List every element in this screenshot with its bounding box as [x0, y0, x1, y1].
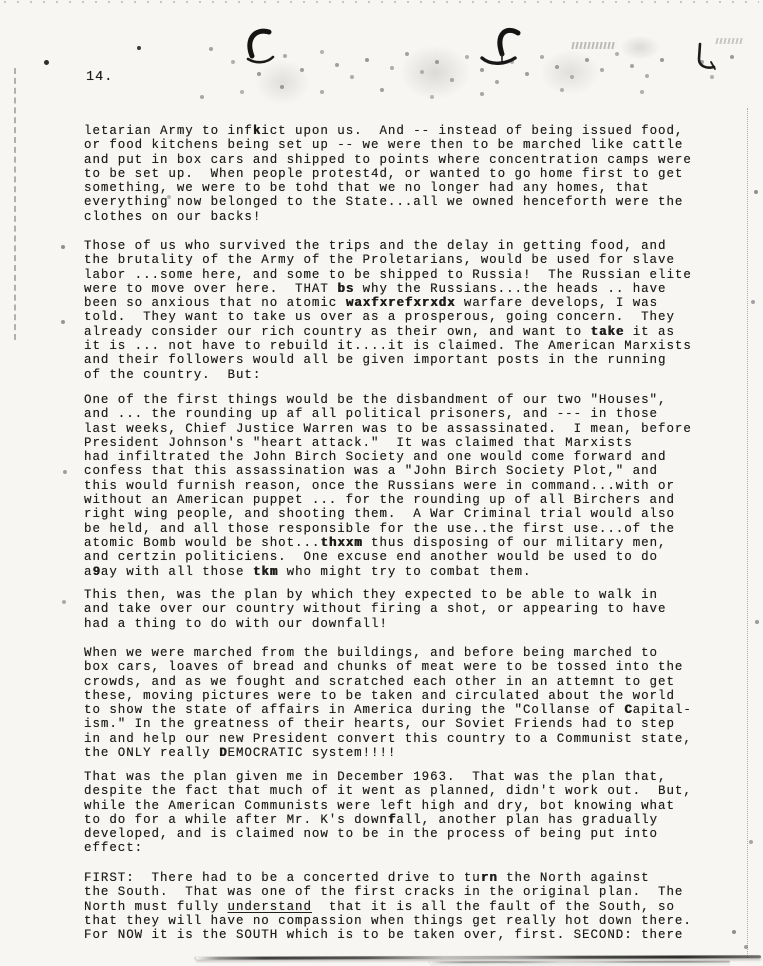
corner-bracket-mark	[690, 42, 728, 74]
text-line: and certzin politiciens. One excuse end …	[84, 550, 734, 564]
ink-dot	[44, 60, 49, 65]
text-line: be held, and all those responsible for t…	[84, 522, 734, 536]
text-line: North must fully understand that it is a…	[84, 900, 734, 914]
text-line: right wing people, and shooting them. A …	[84, 507, 734, 521]
text-line: labor ...some here, and some to be shipp…	[84, 268, 734, 282]
text-line: effect:	[84, 841, 734, 855]
text-line: and ... the rounding up af all political…	[84, 407, 734, 421]
overstruck-text: D	[219, 746, 227, 760]
bottom-smudge-line	[196, 955, 761, 959]
overstruck-text: 9	[92, 565, 100, 579]
text-line: while the American Communists were left …	[84, 799, 734, 813]
text-line: clothes on our backs!	[84, 210, 734, 224]
text-line: of the country. But:	[84, 368, 734, 382]
text-line: For NOW it is the SOUTH which is to be t…	[84, 928, 734, 942]
text-line: One of the first things would be the dis…	[84, 393, 734, 407]
paper-blotch	[620, 35, 660, 60]
text-line: letarian Army to infkict upon us. And --…	[84, 124, 734, 138]
text-line: this would furnish reason, once the Russ…	[84, 479, 734, 493]
text-line: that they will have no compassion when t…	[84, 914, 734, 928]
overstruck-text: tkm	[253, 565, 278, 579]
paragraph: Those of us who survived the trips and t…	[84, 239, 734, 382]
text-line: already consider our rich country as the…	[84, 325, 734, 339]
text-line: This then, was the plan by which they ex…	[84, 588, 734, 602]
text-line: to be set up. When people protest4d, or …	[84, 167, 734, 181]
overstruck-text: bs	[337, 282, 354, 296]
text-line: and their followers would all be given i…	[84, 353, 734, 367]
text-line: a9ay with all those tkm who might try to…	[84, 565, 734, 579]
text-line: FIRST: There had to be a concerted drive…	[84, 871, 734, 885]
text-line: these, moving pictures were to be taken …	[84, 689, 734, 703]
document-page: 14. letarian Army to infkict upon us. An…	[0, 0, 763, 966]
text-line: developed, and is claimed now to be in t…	[84, 827, 734, 841]
binder-ring-mark-left	[238, 26, 282, 66]
text-line: the South. That was one of the first cra…	[84, 885, 734, 899]
text-line: been so anxious that no atomic waxfxrefx…	[84, 296, 734, 310]
page-number: 14.	[86, 70, 113, 85]
overstruck-text: waxfxrefxrxdx	[346, 296, 456, 310]
text-line: and put in box cars and shipped to point…	[84, 153, 734, 167]
text-line: were to move over here. THAT bs why the …	[84, 282, 734, 296]
text-line: That was the plan given me in December 1…	[84, 770, 734, 784]
scan-edge-dots	[4, 1, 759, 3]
text-line: to do for a while after Mr. K's downfall…	[84, 813, 734, 827]
text-line: in and help our new President convert th…	[84, 732, 734, 746]
ink-dot	[137, 46, 141, 50]
text-line: the brutality of the Army of the Proleta…	[84, 253, 734, 267]
paragraph: This then, was the plan by which they ex…	[84, 588, 734, 631]
text-line: When we were marched from the buildings,…	[84, 646, 734, 660]
paragraph: One of the first things would be the dis…	[84, 393, 734, 579]
text-line: despite the fact that much of it went as…	[84, 784, 734, 798]
binder-ring-mark-center	[478, 24, 530, 70]
overstruck-text: rn	[481, 871, 498, 885]
paragraph: letarian Army to infkict upon us. And --…	[84, 124, 734, 224]
smudge-mark	[571, 42, 616, 49]
left-margin-line	[14, 68, 16, 340]
paragraph: That was the plan given me in December 1…	[84, 770, 734, 856]
paper-blotch	[255, 60, 310, 105]
overstruck-text: f	[388, 813, 396, 827]
overstruck-text: C	[624, 703, 632, 717]
paragraph: FIRST: There had to be a concerted drive…	[84, 871, 734, 942]
text-line: something, we were to be tohd that we no…	[84, 181, 734, 195]
text-line: ism." In the greatness of their hearts, …	[84, 717, 734, 731]
text-line: everything now belonged to the State...a…	[84, 195, 734, 209]
overstruck-text: thxxm	[320, 536, 362, 550]
text-line: last weeks, Chief Justice Warren was to …	[84, 422, 734, 436]
paragraph: When we were marched from the buildings,…	[84, 646, 734, 760]
bottom-smudge-echo	[430, 961, 730, 964]
right-margin-line	[747, 108, 748, 958]
underlined-text: understand	[228, 900, 312, 914]
paper-blotch	[540, 50, 600, 95]
text-line: Those of us who survived the trips and t…	[84, 239, 734, 253]
text-line: confess that this assassination was a "J…	[84, 464, 734, 478]
text-line: box cars, loaves of bread and chunks of …	[84, 660, 734, 674]
paper-blotch	[400, 45, 470, 100]
text-line: atomic Bomb would be shot...thxxm thus d…	[84, 536, 734, 550]
text-line: told. They want to take us over as a pro…	[84, 310, 734, 324]
paper-speckles	[0, 0, 2, 2]
text-line: President Johnson's "heart attack." It w…	[84, 436, 734, 450]
text-line: crowds, and as we fought and scratched e…	[84, 675, 734, 689]
text-line: the ONLY really DEMOCRATIC system!!!!	[84, 746, 734, 760]
text-line: and take over our country without firing…	[84, 602, 734, 616]
text-line: had infiltrated the John Birch Society a…	[84, 450, 734, 464]
text-line: to show the state of affairs in America …	[84, 703, 734, 717]
text-line: had a thing to do with our downfall!	[84, 617, 734, 631]
text-line: without an American puppet ... for the r…	[84, 493, 734, 507]
text-line: it is ... not have to rebuild it....it i…	[84, 339, 734, 353]
smudge-mark	[715, 38, 744, 44]
overstruck-text: k	[253, 124, 261, 138]
overstruck-text: take	[590, 325, 624, 339]
text-line: or food kitchens being set up -- we were…	[84, 138, 734, 152]
